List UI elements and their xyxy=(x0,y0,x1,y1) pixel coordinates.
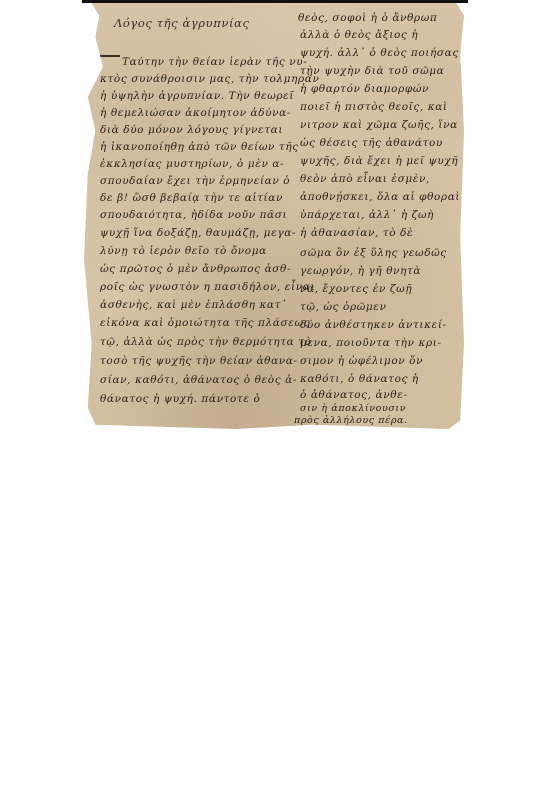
text-line: ψυχῇ ἵνα δοξάζῃ, θαυμάζῃ, μεγα- xyxy=(100,227,296,239)
manuscript-title: Λόγος τῆς ἀγρυπνίας xyxy=(114,16,250,30)
text-line: τῷ, ὡς ὁρῶμεν xyxy=(300,301,387,313)
text-line: ἡ θεμελιώσαν ἀκοίμητον ἀδύνα- xyxy=(100,107,291,119)
text-line: ὡς θέσεις τῆς ἀθανάτου xyxy=(300,137,443,149)
text-line: σπουδαίαν ἔχει τὴν ἑρμηνείαν ὁ xyxy=(100,175,290,187)
text-line: καθότι, ὁ θάνατος ἡ xyxy=(300,373,419,385)
text-line: να, ἔχοντες ἐν ζωῇ xyxy=(300,283,412,295)
text-line: τῷ, ἀλλὰ ὡς πρὸς τὴν θερμότητα τὸ xyxy=(100,336,312,348)
text-line: ἡ φθαρτόν διαμορφών xyxy=(300,83,429,95)
text-line: ὁ ἀθάνατος, ἀνθε- xyxy=(300,389,408,401)
text-line: θεὸν ἀπὸ εἶναι ἐσμὲν, xyxy=(300,173,430,185)
text-line: ἐκκλησίας μυστηρίων, ὁ μὲν α- xyxy=(100,158,284,170)
text-line: μενα, ποιοῦντα τὴν κρι- xyxy=(300,337,442,349)
image-top-border xyxy=(82,0,468,3)
text-line: θάνατος ἡ ψυχή. πάντοτε ὁ xyxy=(100,393,260,405)
text-line: ὡς πρῶτος ὁ μὲν ἄνθρωπος ἀσθ- xyxy=(100,263,291,275)
text-line: ἀσθενὴς, καὶ μὲν ἐπλάσθη κατ᾽ xyxy=(100,299,287,311)
text-line: σιμον ἡ ὠφέλιμον ὅν xyxy=(300,355,423,367)
text-line: λύνῃ τὸ ἱερὸν θεῖο τὸ ὄνομα xyxy=(100,245,267,257)
text-line: ψυχή. ἀλλ᾽ ὁ θεὸς ποιήσας xyxy=(300,47,459,59)
text-line: θεὸς, σοφοὶ ἡ ὁ ἄνθρωπ xyxy=(298,12,437,24)
text-line: δε β! ὥσθ βεβαίᾳ τὴν τε αἰτίαν xyxy=(100,192,283,204)
text-line: ροῖς ὡς γνωστὸν η πασιδήλον, εἶναι xyxy=(100,281,315,293)
text-line: δύο ἀνθέστηκεν ἀντικεί- xyxy=(300,319,447,331)
paragraph-start-mark xyxy=(98,55,120,57)
text-line: τοσὸ τῆς ψυχῆς τὴν θείαν ἀθανα- xyxy=(100,355,298,367)
text-line: κτὸς συνάθροισιν μας, τὴν τολμηρὰν xyxy=(100,73,319,85)
text-line: τὴν ψυχὴν διὰ τοῦ σῶμα xyxy=(300,65,444,77)
text-line: σῶμα ὂν ἐξ ὕλης γεωδῶς xyxy=(300,247,447,259)
text-line: σίαν, καθότι, ἀθάνατος ὁ θεὸς ἀ- xyxy=(100,374,297,386)
text-line: ποιεῖ ἡ πιστὸς θεοῖς, καὶ xyxy=(300,101,448,113)
text-line: σπουδαιότητα, ἡδίδα νοῦν πᾶσι xyxy=(100,209,287,221)
text-line: εἰκόνα καὶ ὁμοιώτητα τῆς πλάσεως xyxy=(100,317,310,329)
text-line: διὰ δύο μόνον λόγους γίγνεται xyxy=(100,124,283,136)
text-line: ἀποθνῄσκει, ὅλα αἱ φθοραὶ xyxy=(300,191,460,203)
text-line: ἀλλὰ ὁ θεὸς ἄξιος ἡ xyxy=(300,29,418,41)
text-line: γεωργόν, ἡ γῆ θνητὰ xyxy=(300,265,421,277)
text-line: ἡ ὑψηλὴν ἀγρυπνίαν. Τὴν θεωρεῖ xyxy=(100,90,294,102)
text-line: πρὸς ἀλλήλους πέρα. xyxy=(294,415,408,426)
text-line: νιτρον καὶ χῶμα ζωῆς, ἵνα xyxy=(300,119,458,131)
text-line: ψυχῆς, διὰ ἔχει ἡ μεῖ ψυχῆ xyxy=(300,155,458,167)
text-line: σιν ἡ ἀποκλίνουσιν xyxy=(300,403,406,414)
text-line: ἡ ἱκανοποίηθῃ ἀπὸ τῶν θείων τῆς xyxy=(100,141,299,153)
text-line: ὑπάρχεται, ἀλλ᾽ ἡ ζωὴ xyxy=(300,209,434,221)
manuscript-page: Λόγος τῆς ἀγρυπνίας Ταύτην τὴν θείαν ἱερ… xyxy=(84,3,464,429)
text-line: Ταύτην τὴν θείαν ἱερὰν τῆς νυ- xyxy=(122,56,307,68)
text-line: ἡ ἀθανασίαν, τὸ δὲ xyxy=(300,227,413,239)
